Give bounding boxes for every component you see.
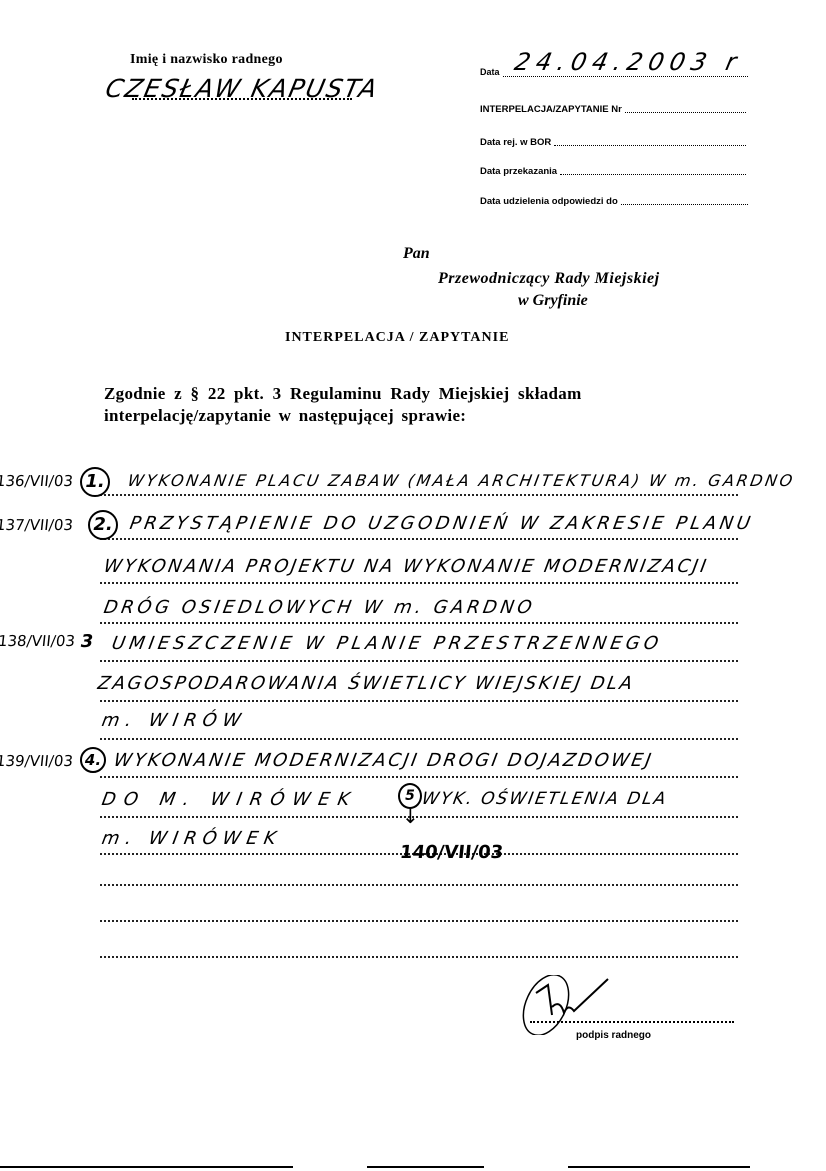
item-text-line: WYKONANIE PLACU ZABAW (MAŁA ARCHITEKTURA… — [126, 471, 796, 490]
item-text-line: WYKONANIA PROJEKTU NA WYKONANIE MODERNIZ… — [102, 556, 710, 577]
dotted-line — [100, 622, 738, 624]
item-number-circle: 3 — [72, 627, 102, 657]
interpelacja-nr-field[interactable]: INTERPELACJA/ZAPYTANIE Nr — [480, 104, 746, 115]
dotted-line — [100, 582, 738, 584]
councillor-name-underline — [132, 98, 352, 100]
councillor-name-field[interactable]: CZESŁAW KAPUSTA — [102, 72, 392, 108]
registry-number: 138/VII/03 — [0, 632, 76, 650]
data-przekazania-value — [560, 173, 746, 175]
data-przekazania-label: Data przekazania — [480, 166, 557, 177]
registry-number: 136/VII/03 — [0, 472, 74, 490]
signature-label: podpis radnego — [576, 1030, 651, 1041]
dotted-line — [100, 538, 738, 540]
item-text-line: m. WIRÓWEK — [100, 828, 283, 849]
intro-line-1: Zgodnie z § 22 pkt. 3 Regulaminu Rady Mi… — [104, 384, 582, 404]
addressee-line-1: Pan — [403, 245, 430, 263]
dotted-line — [100, 816, 738, 818]
data-rej-field[interactable]: Data rej. w BOR — [480, 137, 746, 148]
dotted-line — [100, 776, 738, 778]
item-number-circle: 4. — [80, 747, 106, 773]
registry-number: 139/VII/03 — [0, 752, 74, 770]
data-odpowiedzi-field[interactable]: Data udzielenia odpowiedzi do — [480, 196, 748, 207]
item-text-line: WYK. OŚWIETLENIA DLA — [420, 789, 669, 809]
item-text-line: WYKONANIE MODERNIZACJI DROGI DOJAZDOWEJ — [112, 750, 655, 771]
item-text-line: DO M. WIRÓWEK — [100, 789, 359, 810]
data-rej-label: Data rej. w BOR — [480, 137, 551, 148]
data-odpowiedzi-label: Data udzielenia odpowiedzi do — [480, 196, 618, 207]
dotted-line — [100, 738, 738, 740]
item-text-line: m. WIRÓW — [100, 710, 248, 731]
interpelacja-nr-value — [625, 111, 746, 113]
signature-scribble-icon — [508, 975, 648, 1035]
dotted-line — [100, 884, 738, 886]
date-value: 24.04.2003 r — [512, 48, 745, 76]
item-number-circle: 1. — [80, 467, 110, 497]
registry-number: 137/VII/03 — [0, 516, 74, 534]
date-label: Data — [480, 67, 500, 77]
interpelacja-nr-label: INTERPELACJA/ZAPYTANIE Nr — [480, 104, 622, 115]
data-przekazania-field[interactable]: Data przekazania — [480, 166, 746, 177]
dotted-line — [100, 920, 738, 922]
councillor-name-label: Imię i nazwisko radnego — [130, 52, 283, 68]
document-title: INTERPELACJA / ZAPYTANIE — [285, 330, 509, 346]
addressee-line-3: w Gryfinie — [518, 292, 588, 310]
footer-rule — [568, 1166, 750, 1168]
item-text-line: ZAGOSPODAROWANIA ŚWIETLICY WIEJSKIEJ DLA — [96, 673, 636, 694]
registry-number: 140/VII/03 — [399, 842, 504, 863]
dotted-line — [100, 700, 738, 702]
intro-line-2: interpelację/zapytanie w następującej sp… — [104, 406, 466, 426]
arrow-down-icon: ↓ — [402, 806, 419, 826]
signature-field[interactable] — [500, 975, 740, 1035]
addressee-line-2: Przewodniczący Rady Miejskiej — [438, 270, 660, 288]
dotted-line — [100, 956, 738, 958]
dotted-line — [100, 494, 738, 496]
item-number-circle: 2. — [88, 510, 118, 540]
item-text-line: UMIESZCZENIE W PLANIE PRZESTRZENNEGO — [110, 633, 664, 654]
item-text-line: PRZYSTĄPIENIE DO UZGODNIEŃ W ZAKRESIE PL… — [128, 513, 755, 534]
dotted-line — [100, 660, 738, 662]
footer-rule — [367, 1166, 484, 1168]
signature-underline — [530, 1021, 734, 1023]
data-rej-value — [554, 144, 746, 146]
data-odpowiedzi-value — [621, 203, 748, 205]
footer-rule — [0, 1166, 293, 1168]
date-field[interactable]: Data 24.04.2003 r — [480, 54, 748, 77]
item-text-line: DRÓG OSIEDLOWYCH W m. GARDNO — [102, 597, 537, 618]
